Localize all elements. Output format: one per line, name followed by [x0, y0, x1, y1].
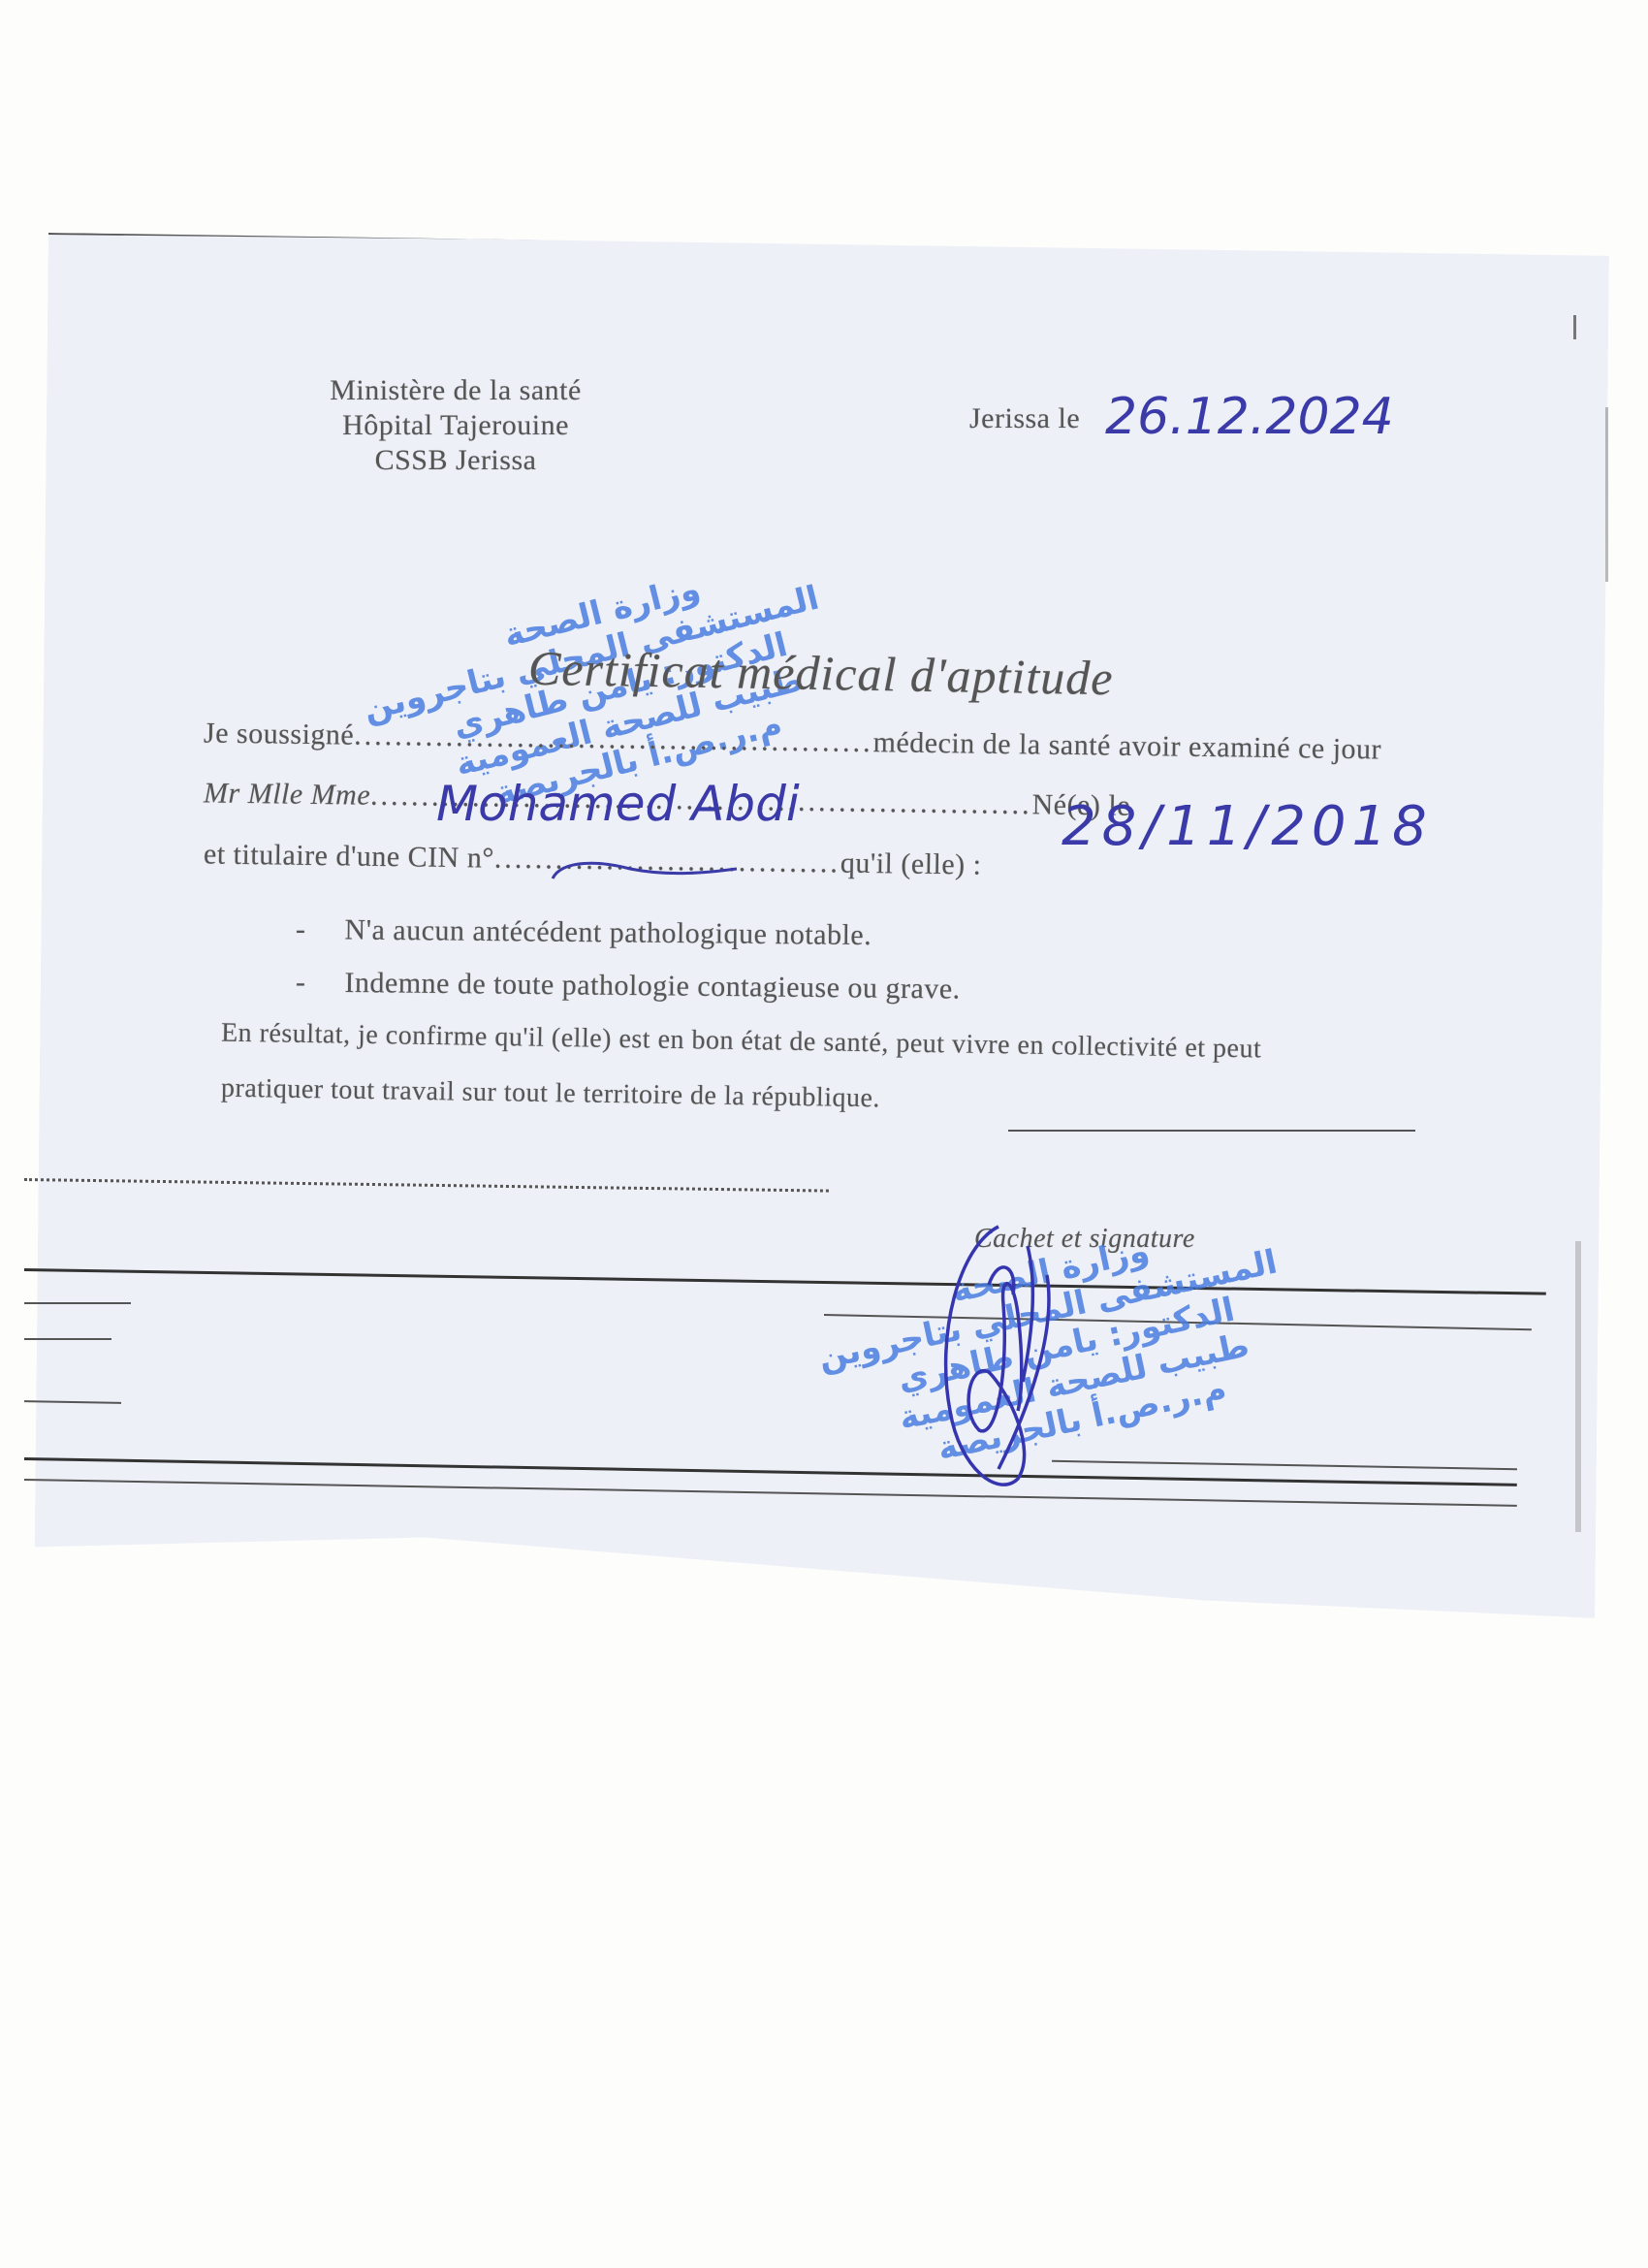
institution-header: Ministère de la santé Hôpital Tajerouine…	[301, 373, 611, 478]
dash-icon: -	[296, 966, 345, 999]
bullet-2: - Indemne de toute pathologie contagieus…	[296, 966, 961, 1006]
civility-label: Mr Mlle Mme	[204, 777, 371, 811]
cssb-line: CSSB Jerissa	[301, 443, 611, 478]
hospital-line: Hôpital Tajerouine	[301, 408, 611, 443]
scan-edge-mark	[1573, 315, 1576, 339]
patient-name: Mohamed Abdi	[436, 776, 800, 832]
scan-edge-mark	[1575, 1241, 1581, 1532]
place-label: Jerissa le	[969, 402, 1080, 435]
bullet-1: - N'a aucun antécédent pathologique nota…	[296, 913, 872, 952]
birth-date: 28/11/2018	[1062, 795, 1433, 858]
qu-il-elle: qu'il (elle) :	[840, 847, 982, 881]
issue-date: 26.12.2024	[1105, 388, 1394, 446]
medecin-text: médecin de la santé avoir examiné ce jou…	[872, 726, 1381, 765]
conclusion-underline	[1008, 1130, 1415, 1132]
document-title: Certificat médical d'aptitude	[528, 640, 1114, 707]
doctor-signature	[931, 1217, 1076, 1508]
footer-rule	[24, 1338, 111, 1340]
cin-label: et titulaire d'une CIN n°	[204, 838, 494, 874]
cin-squiggle	[543, 851, 746, 890]
scan-edge-mark	[1605, 407, 1608, 582]
soussigne-label: Je soussigné	[204, 718, 355, 751]
ministry-line: Ministère de la santé	[301, 373, 611, 408]
dash-icon: -	[296, 913, 345, 946]
footer-rule	[24, 1302, 131, 1304]
